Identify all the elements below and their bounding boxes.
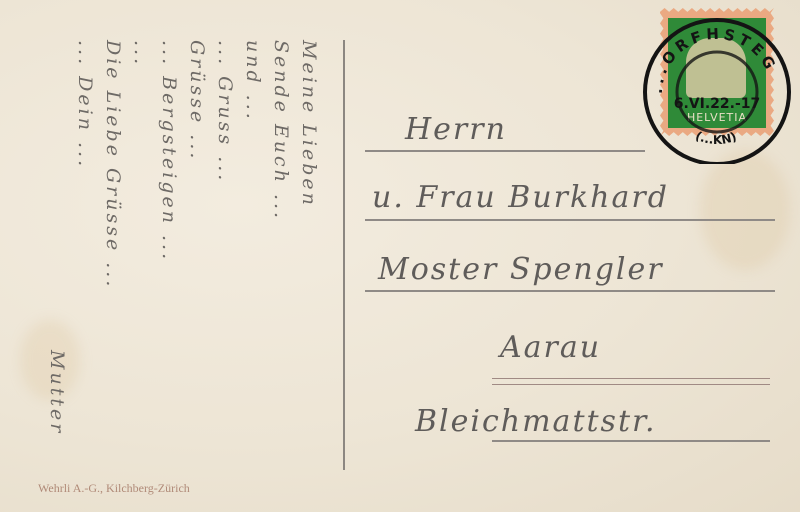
address-rule: [365, 219, 775, 221]
postmark-cancellation: ...ORFHSTEG 6.VI.22.-17 (...KN): [642, 14, 792, 164]
message-line: Meine Lieben: [298, 40, 320, 208]
message-line: und ...: [242, 40, 264, 122]
address-line-2: u. Frau Burkhard: [372, 180, 669, 215]
handwritten-message: Meine Lieben Sende Euch ... und ... ... …: [20, 30, 320, 450]
message-line: ... Bergsteigen ...: [158, 40, 180, 262]
address-line-1: Herrn: [405, 112, 507, 147]
message-line: ... Dein ...: [74, 40, 96, 169]
address-rule: [492, 440, 770, 442]
address-line-3: Moster Spengler: [378, 252, 664, 287]
address-line-city: Aarau: [500, 330, 601, 365]
paper-stain: [700, 150, 790, 270]
publisher-imprint: Wehrli A.-G., Kilchberg-Zürich: [38, 481, 190, 496]
address-rule: [365, 150, 645, 152]
message-line: Sende Euch ...: [270, 40, 292, 221]
address-rule: [365, 290, 775, 292]
postcard-back: Meine Lieben Sende Euch ... und ... ... …: [0, 0, 800, 512]
address-line-street: Bleichmattstr.: [415, 404, 657, 439]
message-signature: Mutter: [46, 350, 68, 435]
message-line: Grüsse ...: [186, 40, 208, 161]
postmark-date: 6.VI.22.-17: [674, 96, 761, 112]
address-rule-double: [492, 378, 770, 385]
message-line: Die Liebe Grüsse ...: [102, 40, 124, 289]
message-line: ... Gruss ...: [214, 40, 236, 183]
divider-line: [343, 40, 345, 470]
message-line: ...: [130, 40, 152, 67]
